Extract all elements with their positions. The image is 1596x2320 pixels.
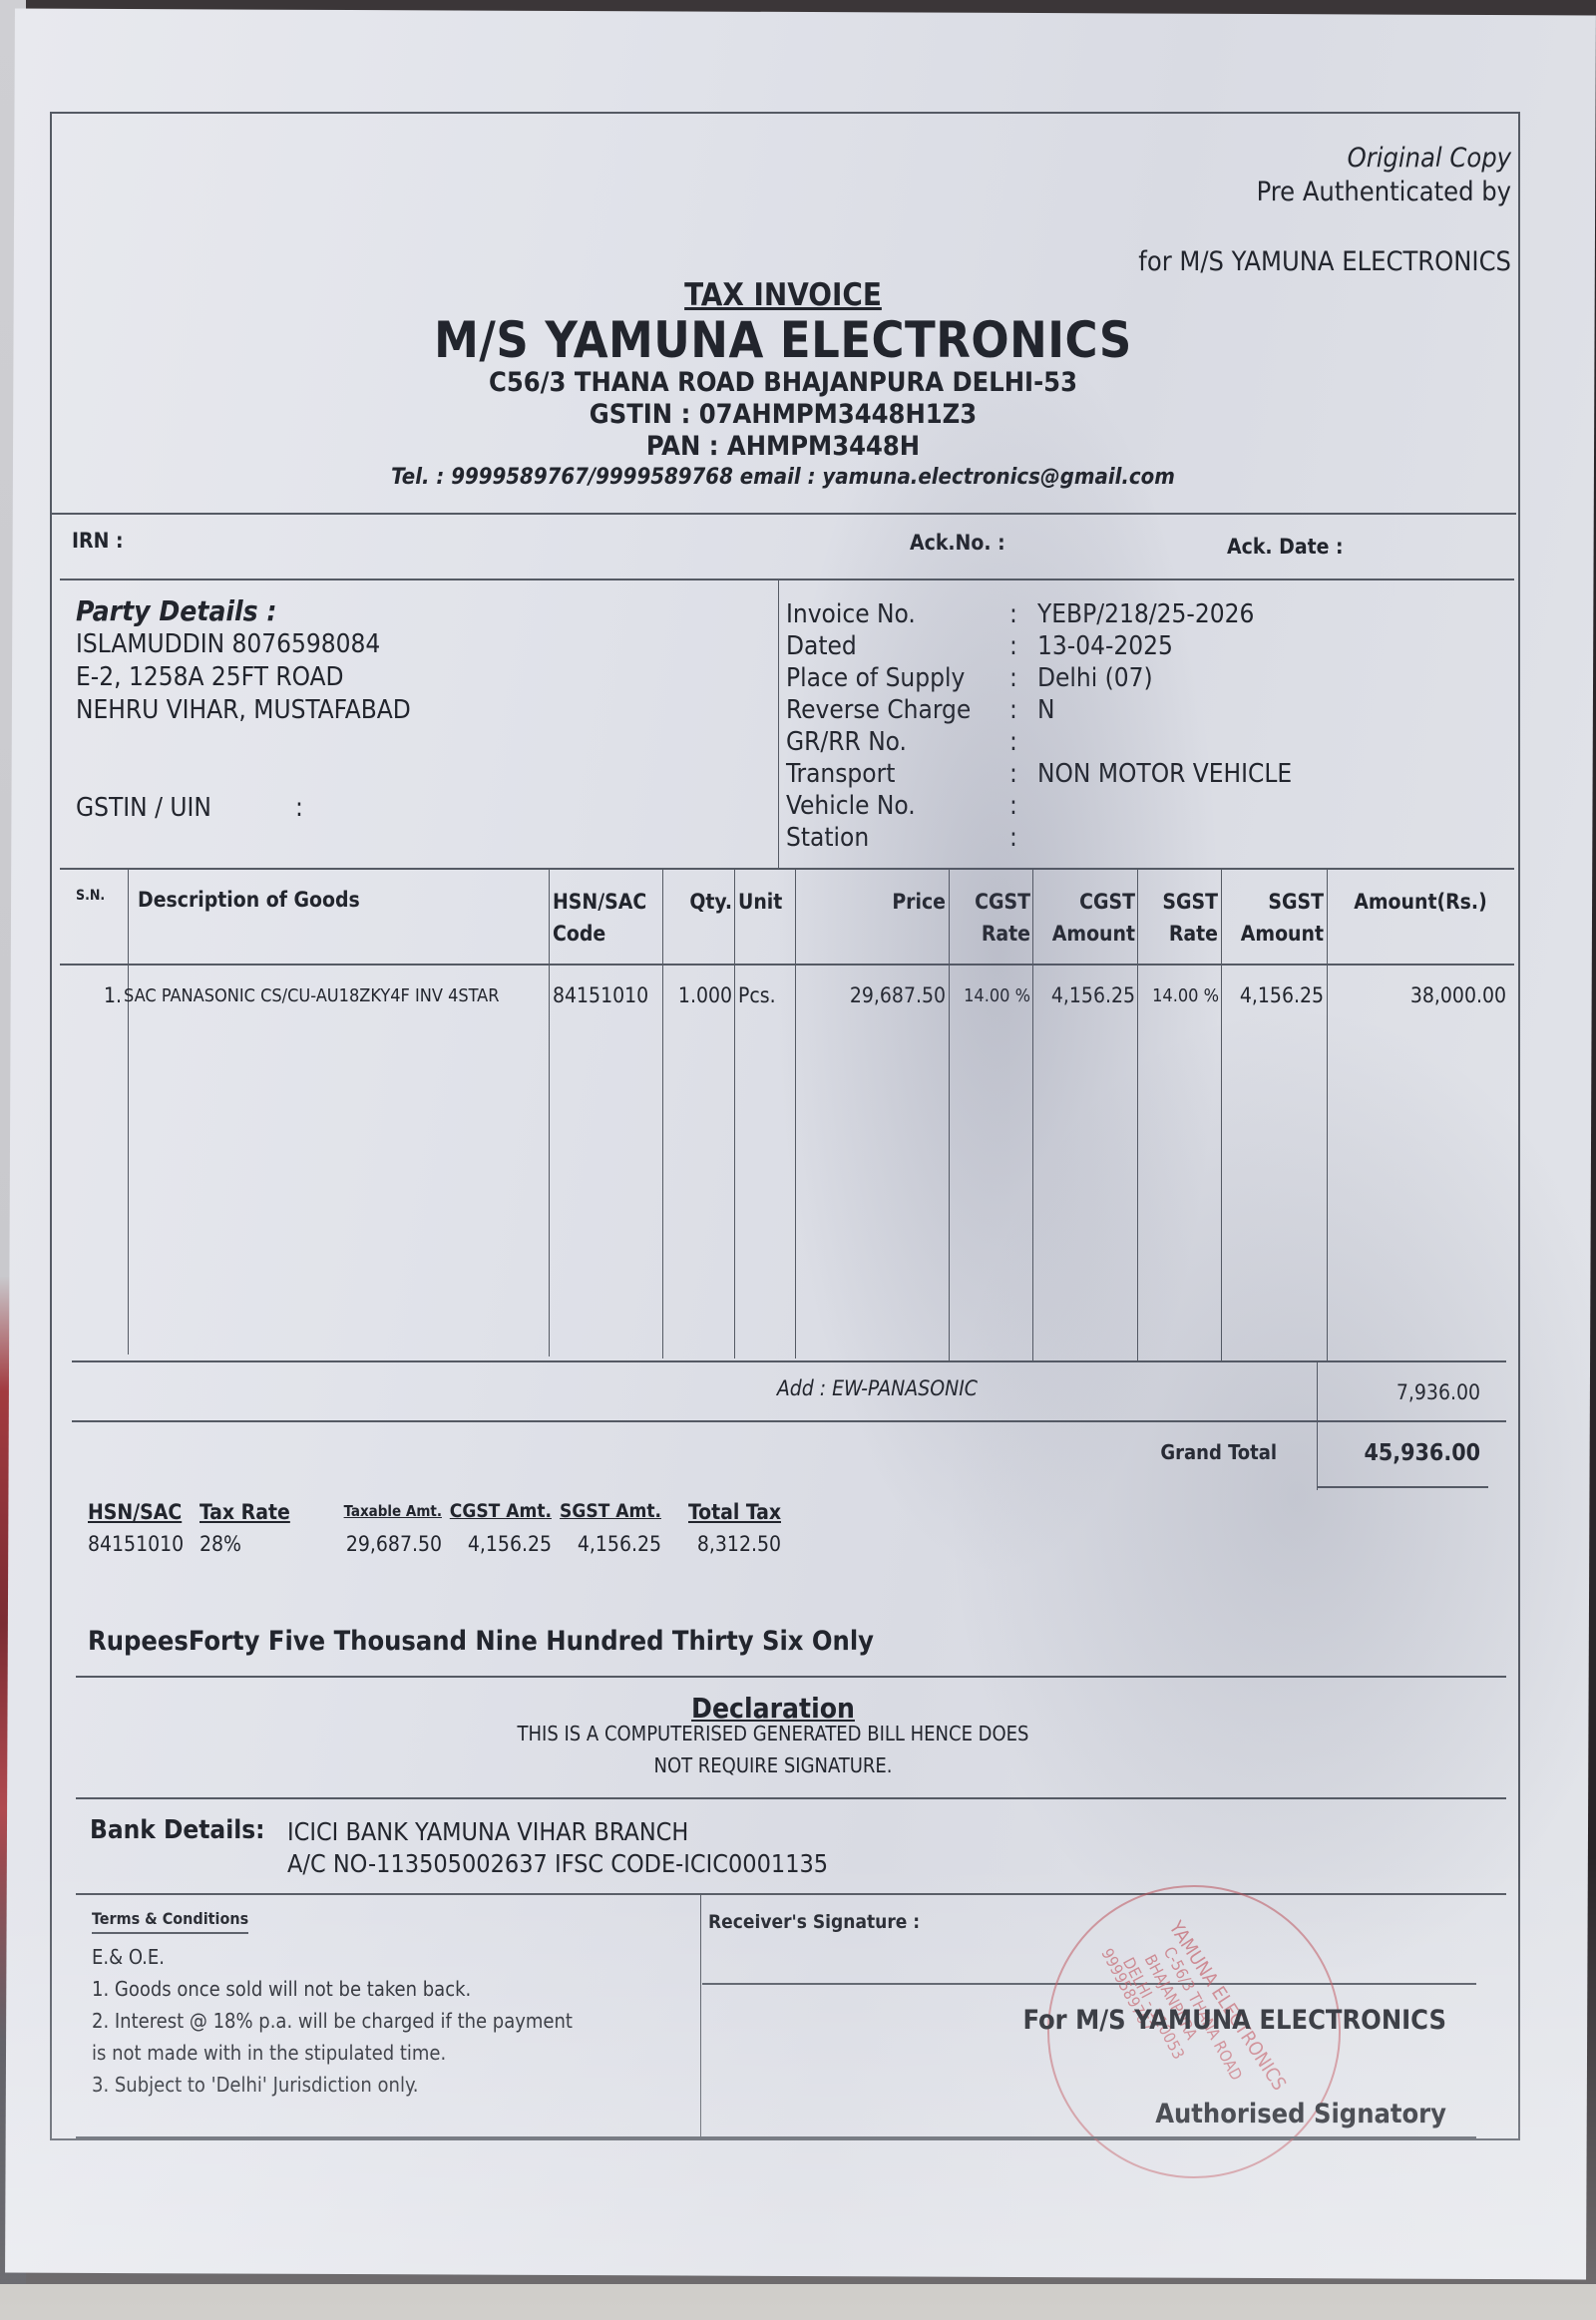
terms-title: Terms & Conditions (92, 1909, 248, 1934)
col-sgst-amount-line-1: SGST (1224, 886, 1324, 918)
invoice-detail-sep: : (1009, 662, 1017, 695)
invoice-detail-sep: : (1009, 598, 1017, 631)
tax-col-total: Total Tax (666, 1500, 781, 1524)
item-description: SAC PANASONIC CS/CU-AU18ZKY4F INV 4STAR (124, 985, 547, 1006)
for-company-signature: For M/S YAMUNA ELECTRONICS (898, 2005, 1446, 2036)
divider (60, 964, 1514, 966)
terms-line: is not made with in the stipulated time. (92, 2037, 573, 2069)
doc-title: TAX INVOICE (598, 277, 968, 313)
receiver-signature-label: Receiver's Signature : (708, 1911, 920, 1933)
tax-row-total: 8,312.50 (666, 1532, 781, 1556)
amount-in-words: RupeesForty Five Thousand Nine Hundred T… (88, 1626, 874, 1657)
invoice-detail-label: GR/RR No. (786, 726, 907, 759)
table-row: 1. SAC PANASONIC CS/CU-AU18ZKY4F INV 4ST… (60, 983, 1514, 1023)
tax-row-cgst: 4,156.25 (442, 1532, 552, 1556)
col-hsn: HSN/SAC Code (553, 886, 646, 950)
company-name: M/S YAMUNA ELECTRONICS (329, 311, 1237, 369)
col-divider (949, 868, 950, 1360)
item-qty: 1.000 (664, 983, 732, 1007)
invoice-detail-row: Vehicle No.: (786, 790, 1514, 822)
tax-row-taxable: 29,687.50 (302, 1532, 442, 1556)
invoice-detail-sep: : (1009, 694, 1017, 727)
terms-line: E.& O.E. (92, 1941, 573, 1973)
tax-col-hsn: HSN/SAC (88, 1500, 182, 1524)
col-divider (1221, 868, 1222, 1360)
party-name: ISLAMUDDIN 8076598084 (76, 628, 411, 661)
declaration-title: Declaration (598, 1692, 948, 1725)
divider (76, 1797, 1506, 1799)
divider (76, 1893, 1506, 1895)
divider (1317, 1362, 1318, 1490)
col-divider (662, 868, 663, 1358)
item-sn: 1. (60, 983, 122, 1007)
invoice-detail-row: Reverse Charge:N (786, 694, 1514, 726)
grand-total-amount: 45,936.00 (1321, 1440, 1480, 1466)
divider (76, 1676, 1506, 1678)
ack-date-label: Ack. Date : (1227, 535, 1344, 559)
party-gstin-sep: : (295, 792, 303, 825)
col-hsn-line-2: Code (553, 918, 646, 950)
company-pan: PAN : AHMPM3448H (329, 431, 1237, 462)
col-divider (549, 868, 550, 1356)
declaration-line-1: THIS IS A COMPUTERISED GENERATED BILL HE… (399, 1722, 1147, 1745)
company-gstin: GSTIN : 07AHMPM3448H1Z3 (329, 399, 1237, 430)
invoice-detail-value: N (1037, 694, 1055, 727)
col-description: Description of Goods (138, 884, 360, 916)
col-sgst-amount-line-2: Amount (1224, 918, 1324, 950)
invoice-detail-sep: : (1009, 790, 1017, 823)
item-amount: 38,000.00 (1329, 983, 1506, 1007)
tax-summary: HSN/SAC Tax Rate Taxable Amt. CGST Amt. … (88, 1500, 806, 1560)
bank-line-1: ICICI BANK YAMUNA VIHAR BRANCH (287, 1817, 688, 1846)
divider (700, 1895, 701, 2136)
col-divider (1327, 868, 1328, 1360)
tax-row-rate: 28% (199, 1532, 241, 1556)
bank-line-2: A/C NO-113505002637 IFSC CODE-ICIC000113… (287, 1849, 828, 1878)
invoice-detail-label: Invoice No. (786, 598, 916, 631)
party-address-line-2: NEHRU VIHAR, MUSTAFABAD (76, 694, 411, 727)
terms-list: E.& O.E. 1. Goods once sold will not be … (92, 1941, 573, 2101)
ack-no-label: Ack.No. : (910, 531, 1005, 555)
tax-row-sgst: 4,156.25 (552, 1532, 661, 1556)
invoice-detail-sep: : (1009, 630, 1017, 663)
pre-auth-label: Pre Authenticated by (1097, 176, 1511, 209)
terms-line: 3. Subject to 'Delhi' Jurisdiction only. (92, 2069, 573, 2101)
divider (76, 2136, 1476, 2138)
invoice-detail-sep: : (1009, 726, 1017, 759)
tax-col-rate: Tax Rate (199, 1500, 290, 1524)
terms-line: 2. Interest @ 18% p.a. will be charged i… (92, 2005, 573, 2037)
divider (1317, 1486, 1488, 1488)
invoice-detail-sep: : (1009, 822, 1017, 855)
item-price: 29,687.50 (798, 983, 946, 1007)
invoice-detail-value: Delhi (07) (1037, 662, 1153, 695)
item-sgst-amount: 4,156.25 (1224, 983, 1324, 1007)
invoice-detail-row: Station: (786, 822, 1514, 854)
item-hsn: 84151010 (553, 983, 648, 1007)
additions-amount: 7,936.00 (1321, 1380, 1480, 1404)
invoice-detail-label: Vehicle No. (786, 790, 916, 823)
bank-label: Bank Details: (90, 1815, 265, 1845)
col-sgst-rate-line-2: Rate (1140, 918, 1218, 950)
declaration-line-2: NOT REQUIRE SIGNATURE. (399, 1753, 1147, 1777)
divider (72, 1420, 1506, 1422)
tax-col-taxable: Taxable Amt. (302, 1502, 442, 1520)
col-divider (734, 868, 735, 1358)
col-qty: Qty. (664, 886, 732, 918)
col-divider (1137, 868, 1138, 1360)
for-company-top: for M/S YAMUNA ELECTRONICS (997, 245, 1511, 279)
col-divider (795, 868, 796, 1358)
invoice-detail-row: Transport:NON MOTOR VEHICLE (786, 758, 1514, 790)
col-cgst-amount: CGST Amount (1035, 886, 1135, 950)
invoice-detail-sep: : (1009, 758, 1017, 791)
invoice-detail-label: Transport (786, 758, 895, 791)
party-gstin-label: GSTIN / UIN (76, 792, 211, 825)
party-title: Party Details : (76, 594, 276, 627)
invoice-details: Invoice No.:YEBP/218/25-2026Dated:13-04-… (786, 598, 1514, 854)
item-unit: Pcs. (738, 983, 776, 1007)
col-sgst-amount: SGST Amount (1224, 886, 1324, 950)
col-amount: Amount(Rs.) (1329, 886, 1512, 918)
divider (778, 580, 779, 870)
col-hsn-line-1: HSN/SAC (553, 886, 646, 918)
item-sgst-rate: 14.00 % (1139, 985, 1219, 1006)
invoice-detail-label: Reverse Charge (786, 694, 971, 727)
tax-col-sgst: SGST Amt. (552, 1500, 661, 1522)
col-price: Price (798, 886, 946, 918)
grand-total-label: Grand Total (1097, 1440, 1277, 1464)
items-table: S.N. Description of Goods HSN/SAC Code Q… (60, 868, 1514, 1366)
col-cgst-amount-line-1: CGST (1035, 886, 1135, 918)
additions-label: Add : EW-PANASONIC (499, 1376, 978, 1400)
item-cgst-rate: 14.00 % (951, 985, 1030, 1006)
invoice-detail-value: YEBP/218/25-2026 (1037, 598, 1254, 631)
terms-line: 1. Goods once sold will not be taken bac… (92, 1973, 573, 2005)
col-divider (128, 868, 129, 1354)
col-divider (1032, 868, 1033, 1360)
authorised-signatory: Authorised Signatory (997, 2099, 1446, 2129)
company-contact: Tel. : 9999589767/9999589768 email : yam… (279, 465, 1287, 490)
party-address-line-1: E-2, 1258A 25FT ROAD (76, 661, 411, 694)
invoice-detail-row: Place of Supply:Delhi (07) (786, 662, 1514, 694)
invoice-detail-label: Place of Supply (786, 662, 965, 695)
background-bottom (0, 2284, 1596, 2320)
col-cgst-amount-line-2: Amount (1035, 918, 1135, 950)
divider (60, 579, 1514, 580)
invoice-detail-row: Invoice No.:YEBP/218/25-2026 (786, 598, 1514, 630)
col-sgst-rate-line-1: SGST (1140, 886, 1218, 918)
invoice-detail-row: Dated:13-04-2025 (786, 630, 1514, 662)
col-sgst-rate: SGST Rate (1140, 886, 1218, 950)
col-cgst-rate-line-1: CGST (953, 886, 1030, 918)
invoice-detail-label: Station (786, 822, 869, 855)
invoice-detail-value: NON MOTOR VEHICLE (1037, 758, 1292, 791)
divider (52, 513, 1516, 515)
col-cgst-rate: CGST Rate (953, 886, 1030, 950)
item-cgst-amount: 4,156.25 (1035, 983, 1135, 1007)
company-address: C56/3 THANA ROAD BHAJANPURA DELHI-53 (329, 367, 1237, 398)
col-cgst-rate-line-2: Rate (953, 918, 1030, 950)
copy-label: Original Copy (1097, 142, 1511, 176)
tax-col-cgst: CGST Amt. (442, 1500, 552, 1522)
divider (72, 1360, 1506, 1362)
party-details: ISLAMUDDIN 8076598084 E-2, 1258A 25FT RO… (76, 628, 411, 727)
invoice-detail-label: Dated (786, 630, 857, 663)
col-unit: Unit (738, 886, 782, 918)
invoice-detail-value: 13-04-2025 (1037, 630, 1173, 663)
invoice-detail-row: GR/RR No.: (786, 726, 1514, 758)
col-sn: S.N. (76, 888, 105, 904)
tax-row-hsn: 84151010 (88, 1532, 184, 1556)
irn-label: IRN : (72, 529, 124, 553)
